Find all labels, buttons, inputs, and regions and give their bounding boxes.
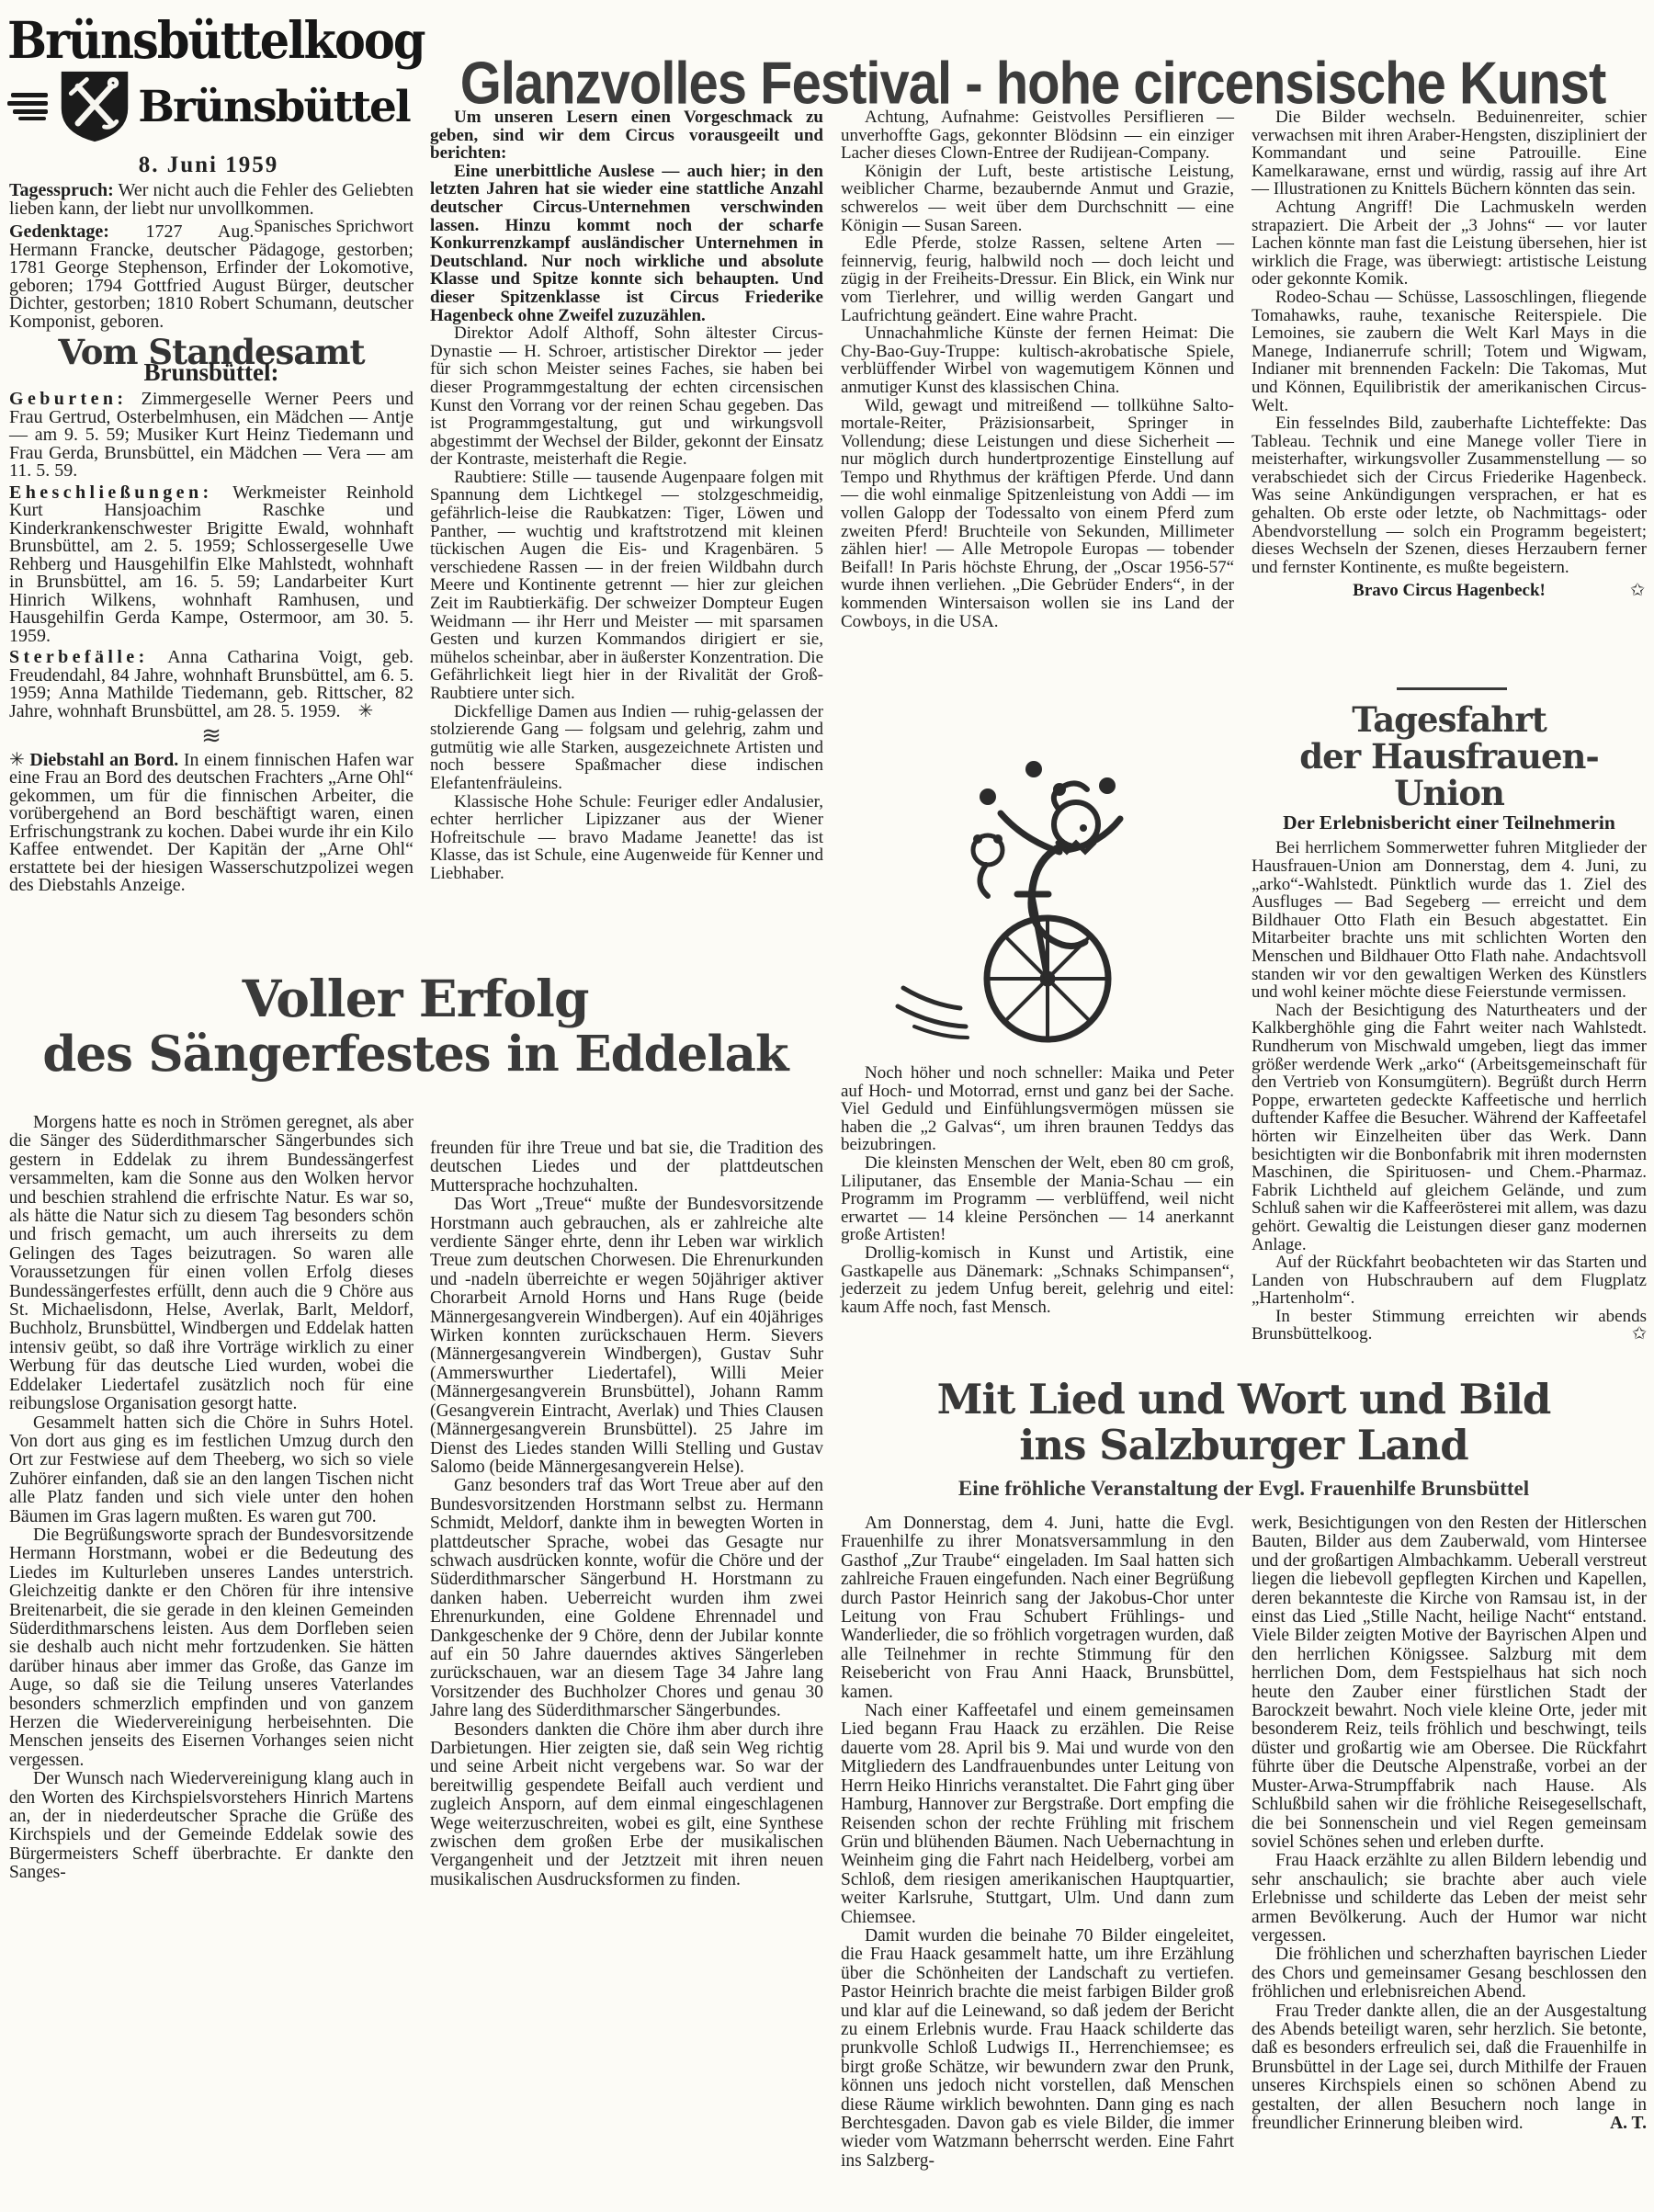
saengerfest-paragraph: freunden für ihre Treue und bat sie, die… bbox=[430, 1140, 823, 1196]
sterbefaelle-paragraph: Sterbefälle: Anna Catharina Voigt, geb. … bbox=[9, 649, 413, 720]
circus-paragraph: Unnachahmliche Künste der fernen Heimat:… bbox=[841, 324, 1234, 396]
circus-column-3: Die Bilder wechseln. Beduinenreiter, sch… bbox=[1252, 108, 1647, 600]
diebstahl-text: In einem finnischen Hafen war eine Frau … bbox=[9, 750, 413, 896]
tagesfahrt-headline-line2: der Hausfrauen-Union bbox=[1252, 739, 1647, 812]
circus-paragraph: Königin der Luft, beste artistische Leis… bbox=[841, 163, 1234, 234]
circus-paragraph: Die kleinsten Menschen der Welt, eben 80… bbox=[841, 1154, 1234, 1244]
salzburg-column-1: Am Donnerstag, dem 4. Juni, hatte die Ev… bbox=[841, 1514, 1234, 2171]
saengerfest-paragraph: Morgens hatte es noch in Strömen geregne… bbox=[9, 1114, 413, 1414]
diebstahl-paragraph: ✳ Diebstahl an Bord. In einem finnischen… bbox=[9, 752, 413, 895]
circus-paragraph: Wild, gewagt und mitreißend — tollkühne … bbox=[841, 397, 1234, 631]
salzburg-paragraph: Frau Haack erzählte zu allen Bildern leb… bbox=[1252, 1852, 1647, 1945]
circus-clown-illustration bbox=[878, 712, 1181, 1052]
eheschliessungen-text: Werkmeister Reinhold Kurt Hansjoachim Ra… bbox=[9, 482, 413, 646]
masthead-title-line1: Brünsbüttelkoog bbox=[7, 11, 410, 71]
tagesfahrt-subtitle: Der Erlebnisbericht einer Teilnehmerin bbox=[1252, 814, 1647, 833]
salzburg-column-2: werk, Besichtigungen von den Resten der … bbox=[1252, 1514, 1647, 2133]
salzburg-paragraph: Am Donnerstag, dem 4. Juni, hatte die Ev… bbox=[841, 1514, 1234, 1702]
circus-closing-line: Bravo Circus Hagenbeck! ✩ bbox=[1252, 582, 1647, 600]
issue-date: 8. Juni 1959 bbox=[7, 153, 410, 178]
salzburg-headline-line1: Mit Lied und Wort und Bild bbox=[841, 1377, 1647, 1423]
tagesspruch-paragraph: Tagesspruch: Wer nicht auch die Fehler d… bbox=[9, 182, 413, 218]
saengerfest-paragraph: Das Wort „Treue“ mußte der Bundesvorsitz… bbox=[430, 1196, 823, 1477]
gedenktage-paragraph: Gedenktage: 1727 Aug. Hermann Francke, d… bbox=[9, 223, 413, 331]
salzburg-paragraph: Die fröhlichen und scherzhaften bayrisch… bbox=[1252, 1945, 1647, 2002]
circus-paragraph: Drollig-komisch in Kunst und Artistik, e… bbox=[841, 1244, 1234, 1316]
salzburg-subtitle: Eine fröhliche Veranstaltung der Evgl. F… bbox=[841, 1477, 1647, 1500]
circus-paragraph: Um unseren Lesern einen Vorgeschmack zu … bbox=[430, 108, 823, 163]
circus-paragraph: Ein fesselndes Bild, zauberhafte Lichtef… bbox=[1252, 414, 1647, 576]
salzburg-paragraph: Damit wurden die beinahe 70 Bilder einge… bbox=[841, 1927, 1234, 2171]
saengerfest-column-1: Morgens hatte es noch in Strömen geregne… bbox=[9, 1114, 413, 1883]
circus-paragraph: Rodeo-Schau — Schüsse, Lassoschlingen, f… bbox=[1252, 289, 1647, 414]
saengerfest-headline-line2: des Sängerfestes in Eddelak bbox=[7, 1027, 823, 1082]
circus-column-2-lower: Noch höher und noch schneller: Maika und… bbox=[841, 1064, 1234, 1316]
masthead-title-line2: Brünsbüttel bbox=[138, 82, 410, 132]
saengerfest-headline: Voller Erfolg des Sängerfestes in Eddela… bbox=[7, 970, 823, 1082]
tagesfahrt-section: Tagesfahrt der Hausfrauen-Union Der Erle… bbox=[1252, 702, 1647, 1344]
left-column-top: Tagesspruch: Wer nicht auch die Fehler d… bbox=[9, 182, 413, 895]
tagesfahrt-headline: Tagesfahrt der Hausfrauen-Union bbox=[1252, 702, 1647, 812]
star-ornament: ✩ bbox=[1630, 582, 1645, 600]
saengerfest-column-2: freunden für ihre Treue und bat sie, die… bbox=[430, 1140, 823, 1889]
circus-paragraph: Die Bilder wechseln. Beduinenreiter, sch… bbox=[1252, 108, 1647, 199]
saengerfest-paragraph: Die Begrüßungsworte sprach der Bundesvor… bbox=[9, 1526, 413, 1770]
circus-paragraph: Noch höher und noch schneller: Maika und… bbox=[841, 1064, 1234, 1154]
author-signature: A. T. bbox=[1586, 2115, 1647, 2133]
salzburg-paragraph: werk, Besichtigungen von den Resten der … bbox=[1252, 1514, 1647, 1852]
circus-paragraph: Dickfellige Damen aus Indien — ruhig-gel… bbox=[430, 703, 823, 793]
tagesfahrt-headline-line1: Tagesfahrt bbox=[1252, 702, 1647, 739]
saengerfest-paragraph: Der Wunsch nach Wiedervereinigung klang … bbox=[9, 1770, 413, 1882]
eheschliessungen-paragraph: Eheschließungen: Werkmeister Reinhold Ku… bbox=[9, 484, 413, 646]
circus-paragraph: Klassische Hohe Schule: Feuriger edler A… bbox=[430, 793, 823, 883]
tagesfahrt-closing-text: In bester Stimmung erreichten wir abends… bbox=[1252, 1307, 1647, 1344]
squiggle-divider: ≋ bbox=[9, 728, 413, 746]
circus-column-1: Um unseren Lesern einen Vorgeschmack zu … bbox=[430, 108, 823, 883]
section-divider-rule bbox=[1397, 687, 1507, 690]
circus-paragraph: Edle Pferde, stolze Rassen, seltene Arte… bbox=[841, 234, 1234, 324]
saengerfest-paragraph: Gesammelt hatten sich die Chöre in Suhrs… bbox=[9, 1414, 413, 1526]
saengerfest-headline-line1: Voller Erfolg bbox=[7, 970, 823, 1027]
saengerfest-paragraph: Besonders dankten die Chöre ihm aber dur… bbox=[430, 1721, 823, 1890]
tagesspruch-source: Spanisches Sprichwort bbox=[254, 218, 413, 236]
tagesfahrt-paragraph: Nach der Besichtigung des Naturtheaters … bbox=[1252, 1002, 1647, 1253]
circus-paragraph: Achtung, Aufnahme: Geistvolles Persiflie… bbox=[841, 108, 1234, 163]
masthead-row: Brünsbüttel bbox=[7, 68, 410, 145]
speed-lines-icon bbox=[7, 91, 51, 122]
salzburg-headline: Mit Lied und Wort und Bild ins Salzburge… bbox=[841, 1377, 1647, 1500]
tagesfahrt-paragraph: Auf der Rückfahrt beobachteten wir das S… bbox=[1252, 1253, 1647, 1308]
tagesfahrt-paragraph: Bei herrlichem Sommerwetter fuhren Mitgl… bbox=[1252, 839, 1647, 1001]
salzburg-headline-line2: ins Salzburger Land bbox=[841, 1423, 1647, 1469]
circus-paragraph: Eine unerbittliche Auslese — auch hier; … bbox=[430, 163, 823, 324]
salzburg-closing-text: Frau Treder dankte allen, die an der Aus… bbox=[1252, 2002, 1647, 2133]
salzburg-paragraph: Frau Treder dankte allen, die an der Aus… bbox=[1252, 2002, 1647, 2134]
star-ornament: ✩ bbox=[1608, 1325, 1647, 1344]
circus-column-2: Achtung, Aufnahme: Geistvolles Persiflie… bbox=[841, 108, 1234, 630]
masthead-crest-icon bbox=[57, 69, 132, 144]
circus-paragraph: Direktor Adolf Althoff, Sohn ältester Ci… bbox=[430, 324, 823, 469]
circus-paragraph: Raubtiere: Stille — tausende Augenpaare … bbox=[430, 469, 823, 703]
circus-paragraph: Achtung Angriff! Die Lachmuskeln werden … bbox=[1252, 199, 1647, 289]
geburten-paragraph: Geburten: Zimmergeselle Werner Peers und… bbox=[9, 391, 413, 481]
circus-closing-text: Bravo Circus Hagenbeck! bbox=[1353, 581, 1546, 600]
salzburg-paragraph: Nach einer Kaffeetafel und einem gemeins… bbox=[841, 1702, 1234, 1927]
saengerfest-paragraph: Ganz besonders traf das Wort Treue aber … bbox=[430, 1477, 823, 1720]
tagesfahrt-paragraph: In bester Stimmung erreichten wir abends… bbox=[1252, 1308, 1647, 1344]
star-ornament: ✳ bbox=[358, 701, 374, 721]
newspaper-page: Brünsbüttelkoog bbox=[0, 0, 1654, 2212]
